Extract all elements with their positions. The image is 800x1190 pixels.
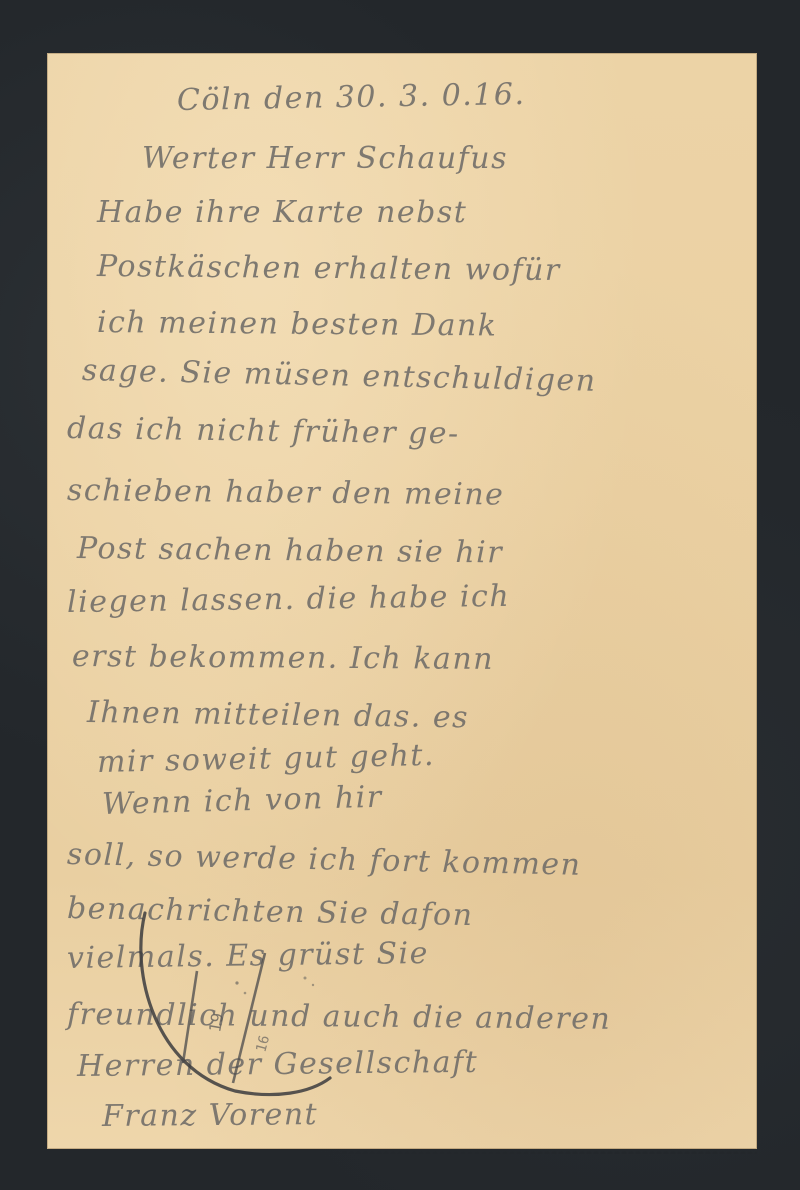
perforated-edge <box>47 1148 757 1154</box>
line-body: schieben haber den meine <box>67 473 505 513</box>
line-body: Postkäschen erhalten wofür <box>97 249 561 288</box>
line-body: mir soweit gut geht. <box>97 738 436 780</box>
line-body: das ich nicht früher ge- <box>67 411 460 451</box>
line-body: Wenn ich von hir <box>102 780 384 822</box>
line-body: liegen lassen. die habe ich <box>67 579 511 620</box>
line-body: erst bekommen. Ich kann <box>72 639 494 677</box>
line-body: soll, so werde ich fort kommen <box>67 837 582 883</box>
line-body: Habe ihre Karte nebst <box>97 195 467 230</box>
line-body: ich meinen besten Dank <box>97 305 498 343</box>
svg-text:19: 19 <box>205 1011 227 1033</box>
line-body: Ihnen mitteilen das. es <box>87 695 469 735</box>
line-salutation: Werter Herr Schaufus <box>142 141 508 176</box>
svg-text:16: 16 <box>253 1034 273 1054</box>
line-body: sage. Sie müsen entschuldigen <box>82 353 597 399</box>
line-body: Post sachen haben sie hir <box>77 531 503 570</box>
line-date: Cöln den 30. 3. 0.16. <box>177 77 526 118</box>
postcard: Cöln den 30. 3. 0.16. Werter Herr Schauf… <box>47 53 757 1149</box>
postmark-stamp-icon: 19 16 <box>125 893 355 1103</box>
